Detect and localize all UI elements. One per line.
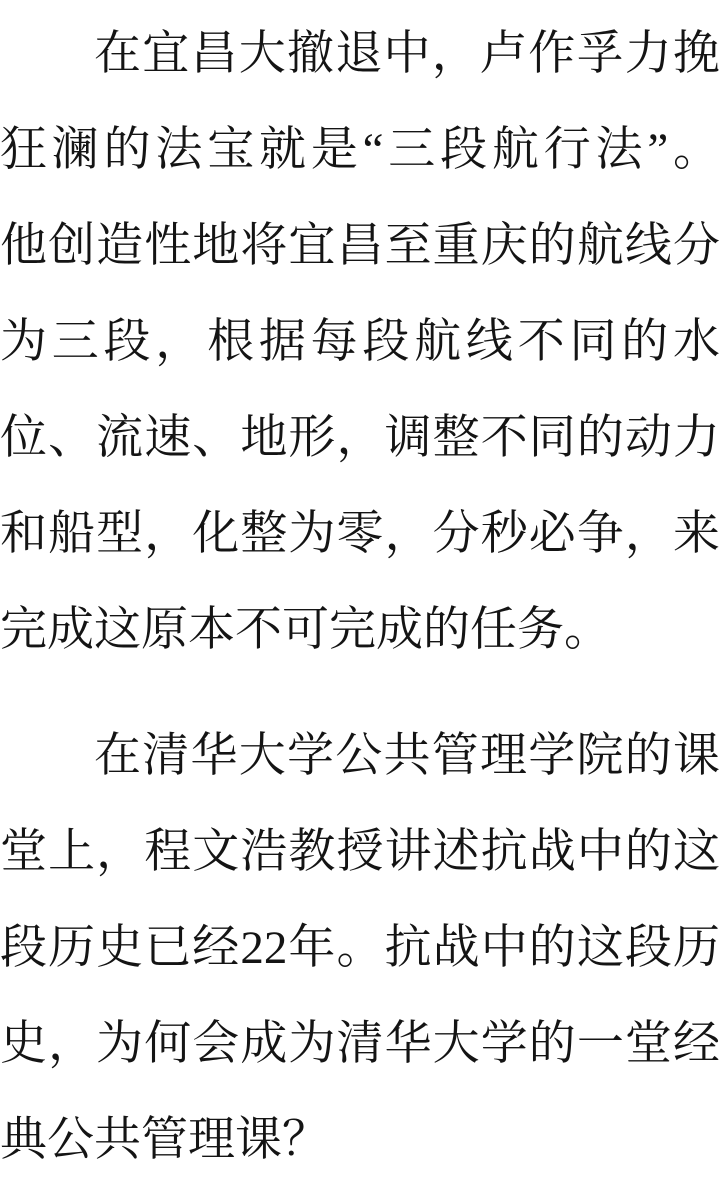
text-line: 在清华大学公共管理学院的课 [0, 708, 720, 804]
paragraph: 在宜昌大撤退中，卢作孚力挽狂澜的法宝就是“三段航行法”。他创造性地将宜昌至重庆的… [0, 6, 720, 678]
text-line: 他创造性地将宜昌至重庆的航线分 [0, 198, 720, 294]
article-page: 在宜昌大撤退中，卢作孚力挽狂澜的法宝就是“三段航行法”。他创造性地将宜昌至重庆的… [0, 0, 720, 1188]
text-line: 位、流速、地形，调整不同的动力 [0, 390, 720, 486]
article-body: 在宜昌大撤退中，卢作孚力挽狂澜的法宝就是“三段航行法”。他创造性地将宜昌至重庆的… [0, 0, 720, 1188]
text-line: 堂上，程文浩教授讲述抗战中的这 [0, 804, 720, 900]
paragraph: 在清华大学公共管理学院的课堂上，程文浩教授讲述抗战中的这段历史已经22年。抗战中… [0, 708, 720, 1188]
text-line: 史，为何会成为清华大学的一堂经 [0, 996, 720, 1092]
text-line: 在宜昌大撤退中，卢作孚力挽 [0, 6, 720, 102]
text-line: 为三段，根据每段航线不同的水 [0, 294, 720, 390]
text-line: 段历史已经22年。抗战中的这段历 [0, 900, 720, 996]
text-line: 和船型，化整为零，分秒必争，来 [0, 486, 720, 582]
text-line: 完成这原本不可完成的任务。 [0, 582, 720, 678]
text-line: 狂澜的法宝就是“三段航行法”。 [0, 102, 720, 198]
text-line: 典公共管理课？ [0, 1092, 720, 1188]
